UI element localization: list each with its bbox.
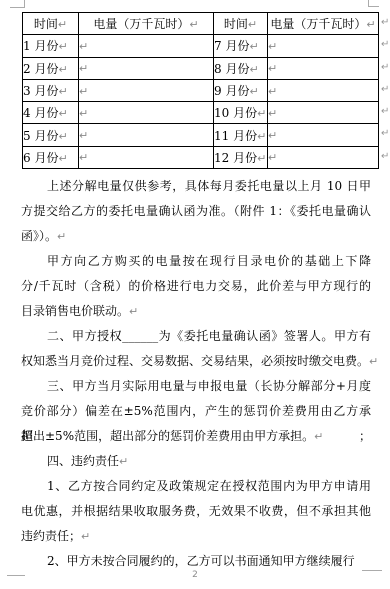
paragraph-mark: ↵ [79, 151, 88, 164]
amount-cell[interactable]: ↵ [268, 102, 379, 124]
row-end-mark: ↵ [381, 146, 389, 168]
header-amount-2[interactable]: 电量（万千瓦时）↵ [268, 13, 379, 35]
body-line[interactable]: 函》）。↵ [21, 224, 371, 249]
header-amount-1[interactable]: 电量（万千瓦时）↵ [79, 13, 214, 35]
month-cell[interactable]: 1 月份↵ [23, 35, 79, 57]
header-time-2[interactable]: 时间↵ [214, 13, 268, 35]
header-label: 时间 [224, 17, 248, 31]
paragraph-mark: ↵ [58, 18, 67, 31]
monthly-power-table: 时间↵ 电量（万千瓦时）↵ 时间↵ 电量（万千瓦时）↵ 1 月份↵ ↵ 7 月份… [22, 12, 379, 169]
crop-mark-top-right [368, 0, 379, 7]
month-cell[interactable]: 7 月份↵ [214, 35, 268, 57]
table-row: 5 月份↵ ↵ 11 月份↵ ↵ [23, 124, 379, 146]
month-cell[interactable]: 12 月份↵ [214, 146, 268, 168]
month-cell[interactable]: 3 月份↵ [23, 79, 79, 101]
page-number: 2 [0, 570, 390, 580]
paragraph-mark: ↵ [58, 85, 67, 98]
paragraph-mark: ↵ [268, 85, 277, 98]
month-cell[interactable]: 10 月份↵ [214, 102, 268, 124]
month-label: 1 月份 [23, 39, 58, 53]
amount-cell[interactable]: ↵ [268, 146, 379, 168]
table-row: 1 月份↵ ↵ 7 月份↵ ↵ [23, 35, 379, 57]
paragraph-mark: ↵ [57, 230, 66, 243]
body-line[interactable]: 1、乙方按合同约定及政策规定在授权范围内为甲方申请用 [21, 474, 371, 499]
header-label: 电量（万千瓦时） [270, 17, 366, 31]
month-cell[interactable]: 6 月份↵ [23, 146, 79, 168]
table-row: 2 月份↵ ↵ 8 月份↵ ↵ [23, 57, 379, 79]
paragraph-mark: ↵ [58, 130, 67, 143]
month-cell[interactable]: 8 月份↵ [214, 57, 268, 79]
body-line[interactable]: 目录销售电价联动。↵ [21, 299, 371, 324]
row-end-mark: ↵ [381, 101, 389, 123]
body-line[interactable]: 电优惠，并根据结果收取服务费，无效果不收费，但不承担其他 [21, 499, 371, 524]
month-label: 10 月份 [214, 106, 257, 120]
paragraph-mark: ↵ [257, 152, 266, 165]
paragraph-mark: ↵ [249, 40, 258, 53]
paragraph-mark: ↵ [58, 40, 67, 53]
paragraph-mark: ↵ [129, 305, 138, 318]
month-cell[interactable]: 2 月份↵ [23, 57, 79, 79]
amount-cell[interactable]: ↵ [79, 146, 214, 168]
table-header-row: 时间↵ 电量（万千瓦时）↵ 时间↵ 电量（万千瓦时）↵ [23, 13, 379, 35]
paragraph-mark: ↵ [249, 63, 258, 76]
body-line[interactable]: 竞价部分）偏差在±5%范围内，产生的惩罚价差费用由乙方承担； [21, 399, 371, 424]
body-line[interactable]: 四、违约责任↵ [21, 449, 371, 474]
paragraph-mark: ↵ [249, 85, 258, 98]
body-line[interactable]: 三、甲方当月实际用电量与申报电量（长协分解部分+月度 [21, 374, 371, 399]
month-cell[interactable]: 11 月份↵ [214, 124, 268, 146]
paragraph-mark: ↵ [119, 455, 128, 468]
header-label: 电量（万千瓦时） [93, 17, 189, 31]
paragraph-mark: ↵ [257, 107, 266, 120]
paragraph-mark: ↵ [369, 355, 378, 368]
month-label: 5 月份 [23, 129, 58, 143]
month-label: 4 月份 [23, 106, 58, 120]
month-cell[interactable]: 5 月份↵ [23, 124, 79, 146]
row-end-mark: ↵ [381, 123, 389, 145]
paragraph-mark: ↵ [79, 40, 88, 53]
amount-cell[interactable]: ↵ [79, 124, 214, 146]
month-label: 6 月份 [23, 151, 58, 165]
paragraph-mark: ↵ [58, 152, 67, 165]
amount-cell[interactable]: ↵ [268, 79, 379, 101]
body-text: 上述分解电量仅供参考，具体每月委托电量以上月 10 日甲 方提交给乙方的委托电量… [21, 174, 371, 574]
month-label: 12 月份 [214, 151, 257, 165]
paragraph-mark: ↵ [268, 151, 277, 164]
paragraph-mark: ↵ [79, 85, 88, 98]
paragraph-mark: ↵ [79, 107, 88, 120]
row-end-mark: ↵ [381, 79, 389, 101]
body-line[interactable]: 超出±5%范围，超出部分的惩罚价差费用由甲方承担。↵ [21, 424, 371, 449]
month-label: 7 月份 [214, 39, 249, 53]
body-line[interactable]: 分/千瓦时（含税）的价格进行电力交易，此价差与甲方现行的 [21, 274, 371, 299]
body-line[interactable]: 违约责任；↵ [21, 524, 371, 549]
paragraph-mark: ↵ [268, 40, 277, 53]
paragraph-mark: ↵ [58, 107, 67, 120]
row-end-mark: ↵ [381, 34, 389, 56]
row-end-mark: ↵ [381, 57, 389, 79]
month-cell[interactable]: 9 月份↵ [214, 79, 268, 101]
paragraph-mark: ↵ [257, 130, 266, 143]
document-page[interactable]: 时间↵ 电量（万千瓦时）↵ 时间↵ 电量（万千瓦时）↵ 1 月份↵ ↵ 7 月份… [0, 0, 390, 589]
month-label: 9 月份 [214, 84, 249, 98]
row-end-mark: ↵ [381, 12, 389, 34]
month-cell[interactable]: 4 月份↵ [23, 102, 79, 124]
header-time-1[interactable]: 时间↵ [23, 13, 79, 35]
amount-cell[interactable]: ↵ [268, 124, 379, 146]
body-line[interactable]: 权知悉当月竞价过程、交易数据、交易结果，必须按时缴交电费。↵ [21, 349, 371, 374]
paragraph-mark: ↵ [189, 18, 198, 31]
amount-cell[interactable]: ↵ [268, 57, 379, 79]
crop-mark-top-left [10, 0, 25, 8]
amount-cell[interactable]: ↵ [79, 102, 214, 124]
paragraph-mark: ↵ [248, 18, 257, 31]
paragraph-mark: ↵ [268, 107, 277, 120]
amount-cell[interactable]: ↵ [79, 35, 214, 57]
paragraph-mark: ↵ [79, 129, 88, 142]
amount-cell[interactable]: ↵ [268, 35, 379, 57]
paragraph-mark: ↵ [268, 129, 277, 142]
body-line[interactable]: 甲方向乙方购买的电量按在现行目录电价的基础上下降 [21, 249, 371, 274]
paragraph-mark: ↵ [314, 430, 323, 443]
header-label: 时间 [34, 17, 58, 31]
paragraph-mark: ↵ [79, 62, 88, 75]
body-line[interactable]: 二、甲方授权______为《委托电量确认函》签署人。甲方有 [21, 324, 371, 349]
paragraph-mark: ↵ [58, 63, 67, 76]
paragraph-mark: ↵ [366, 18, 375, 31]
table-row: 3 月份↵ ↵ 9 月份↵ ↵ [23, 79, 379, 101]
month-label: 2 月份 [23, 62, 58, 76]
month-label: 3 月份 [23, 84, 58, 98]
paragraph-mark: ↵ [81, 530, 90, 543]
table-row: 4 月份↵ ↵ 10 月份↵ ↵ [23, 102, 379, 124]
paragraph-mark: ↵ [268, 62, 277, 75]
month-label: 11 月份 [214, 129, 257, 143]
body-line[interactable]: 方提交给乙方的委托电量确认函为准。（附件 1：《委托电量确认 [21, 199, 371, 224]
amount-cell[interactable]: ↵ [79, 57, 214, 79]
amount-cell[interactable]: ↵ [79, 79, 214, 101]
month-label: 8 月份 [214, 62, 249, 76]
body-line[interactable]: 上述分解电量仅供参考，具体每月委托电量以上月 10 日甲 [21, 174, 371, 199]
row-end-marks: ↵ ↵ ↵ ↵ ↵ ↵ ↵ [381, 12, 389, 168]
table-row: 6 月份↵ ↵ 12 月份↵ ↵ [23, 146, 379, 168]
